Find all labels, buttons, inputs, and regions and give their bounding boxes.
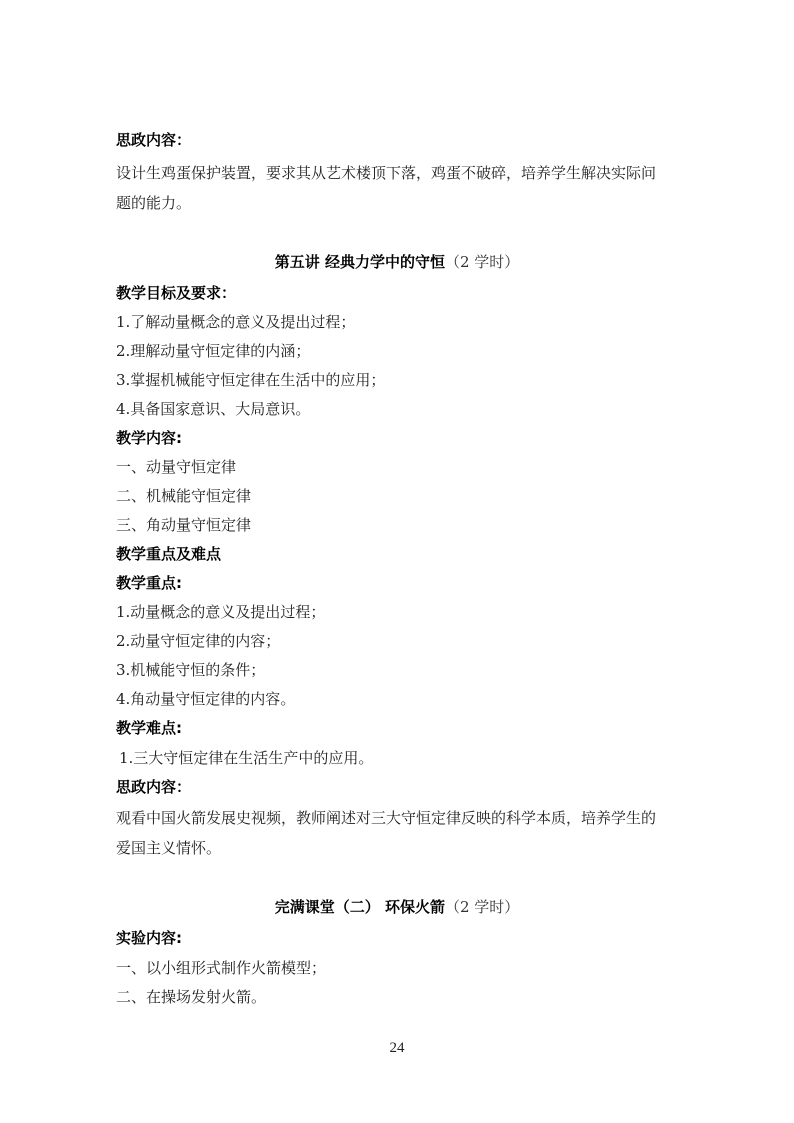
difficult-heading: 教学难点: xyxy=(116,718,182,738)
document-page: 思政内容： 设计生鸡蛋保护装置，要求其从艺术楼顶下落，鸡蛋不破碎，培养学生解决实… xyxy=(0,0,794,1123)
ideology-text-line: 爱国主义情怀。 xyxy=(116,838,221,858)
lecture-title: 第五讲 经典力学中的守恒（2 学时） xyxy=(0,252,794,272)
class-title-hours: （2 学时） xyxy=(445,898,519,916)
experiment-item: 二、在操场发射火箭。 xyxy=(116,987,266,1007)
content-item: 一、动量守恒定律 xyxy=(116,457,236,477)
key-point-item: 2.动量守恒定律的内容； xyxy=(116,631,280,651)
content-item: 三、角动量守恒定律 xyxy=(116,515,251,535)
ideology-heading: 思政内容： xyxy=(116,130,191,150)
class-title: 完满课堂（二） 环保火箭（2 学时） xyxy=(0,897,794,917)
experiment-heading: 实验内容: xyxy=(116,928,182,948)
content-item: 二、机械能守恒定律 xyxy=(116,486,251,506)
objective-item: 3.掌握机械能守恒定律在生活中的应用； xyxy=(116,370,385,390)
key-heading: 教学重点: xyxy=(116,573,182,593)
lecture-title-hours: （2 学时） xyxy=(445,253,519,271)
page-number: 24 xyxy=(0,1040,794,1057)
class-title-main: 完满课堂（二） 环保火箭 xyxy=(275,898,445,916)
objective-item: 4.具备国家意识、大局意识。 xyxy=(116,399,310,419)
key-point-item: 4.角动量守恒定律的内容。 xyxy=(116,689,295,709)
keypoints-heading: 教学重点及难点 xyxy=(116,544,221,564)
objectives-heading: 教学目标及要求： xyxy=(116,283,236,303)
ideology-text-line: 设计生鸡蛋保护装置，要求其从艺术楼顶下落，鸡蛋不破碎，培养学生解决实际问 xyxy=(116,163,656,183)
key-point-item: 3.机械能守恒的条件； xyxy=(116,660,265,680)
lecture-title-main: 第五讲 经典力学中的守恒 xyxy=(275,253,445,271)
difficult-point-item: 1.三大守恒定律在生活生产中的应用。 xyxy=(119,748,373,768)
experiment-item: 一、以小组形式制作火箭模型； xyxy=(116,958,326,978)
content-heading: 教学内容: xyxy=(116,428,182,448)
ideology-text-line: 观看中国火箭发展史视频，教师阐述对三大守恒定律反映的科学本质，培养学生的 xyxy=(116,808,656,828)
ideology-text-line: 题的能力。 xyxy=(116,193,191,213)
objective-item: 1.了解动量概念的意义及提出过程； xyxy=(116,312,355,332)
ideology-heading: 思政内容： xyxy=(116,777,191,797)
key-point-item: 1.动量概念的意义及提出过程； xyxy=(116,602,325,622)
objective-item: 2.理解动量守恒定律的内涵； xyxy=(116,341,310,361)
